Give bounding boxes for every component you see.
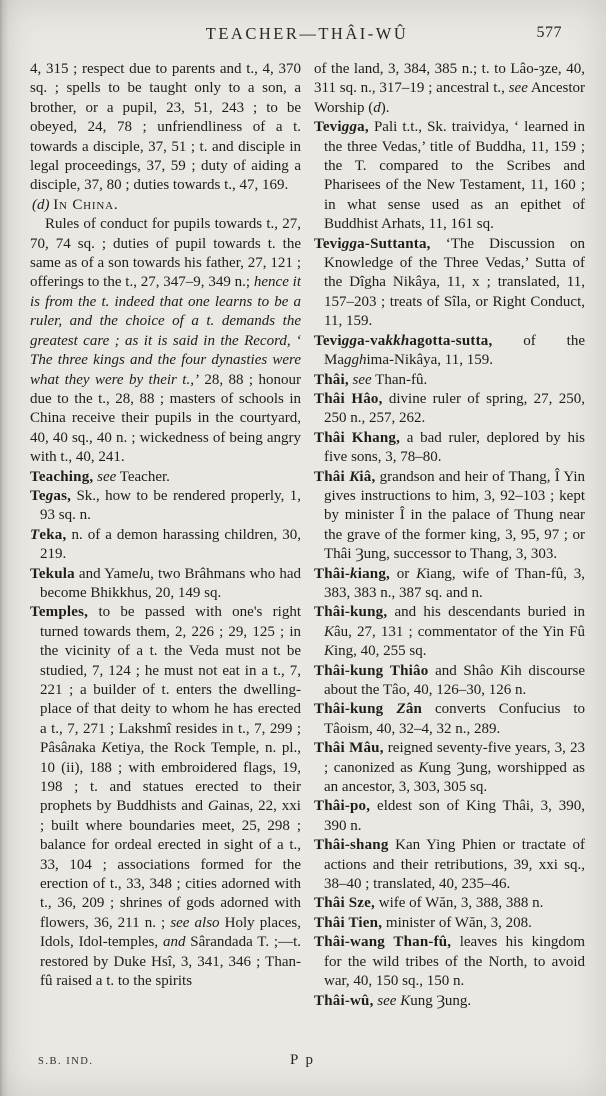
index-entry: Thâi, see Than-fû. [314,371,585,390]
running-title: TEACHER—THÂI-WÛ [30,24,584,44]
index-entry: Thâi-kung, and his descendants buried in… [314,603,585,661]
book-page: TEACHER—THÂI-WÛ 577 4, 315 ; respect due… [0,0,606,1096]
index-entry: Teaching, see Teacher. [30,468,301,487]
index-entry: Thâi-kung Zân converts Confucius to Tâoi… [314,700,585,739]
index-entry: Thâi-wang Than-fû, leaves his kingdom fo… [314,933,585,991]
index-entry: Thâi-kung Thiâo and Shâo Kih discourse a… [314,662,585,701]
press-mark: P p [290,1052,315,1069]
index-paragraph: 4, 315 ; respect due to parents and t., … [30,60,301,196]
index-paragraph: Rules of conduct for pupils towards t., … [30,215,301,467]
index-entry: Thâi-po, eldest son of King Thâi, 3, 390… [314,797,585,836]
left-column: 4, 315 ; respect due to parents and t., … [30,60,301,1038]
index-entry: Tevigga, Pali t.t., Sk. traividya, ‘ lea… [314,118,585,234]
index-entry: Teka, n. of a demon harassing children, … [30,526,301,565]
index-entry: Thâi Tien, minister of Wăn, 3, 208. [314,914,585,933]
index-entry: Thâi Kiâ, grandson and heir of Thang, Î … [314,468,585,565]
page-number: 577 [537,24,563,42]
signature-mark: S.B. IND. [38,1056,94,1067]
index-entry: Thâi Sze, wife of Wăn, 3, 388, 388 n. [314,894,585,913]
index-entry: Tevigga-vakkhagotta-sutta, of the Magghi… [314,332,585,371]
right-column: of the land, 3, 384, 385 n.; t. to Lâo-ȝ… [314,60,585,1038]
index-entry: Thâi-kiang, or Kiang, wife of Than-fû, 3… [314,565,585,604]
index-entry: Thâi Khang, a bad ruler, deplored by his… [314,429,585,468]
page-header: TEACHER—THÂI-WÛ 577 [30,24,584,48]
index-paragraph: of the land, 3, 384, 385 n.; t. to Lâo-ȝ… [314,60,585,118]
index-entry: Thâi Hâo, divine ruler of spring, 27, 25… [314,390,585,429]
index-entry: Tevigga-Suttanta, ‘The Discussion on Kno… [314,235,585,332]
section-heading: (d) In China. [30,196,301,215]
index-entry: Thâi Mâu, reigned seventy-five years, 3,… [314,739,585,797]
index-entry: Thâi-wû, see Kung Ȝung. [314,992,585,1011]
index-entry: Tekula and Yamelu, two Brâhmans who had … [30,565,301,604]
index-entry: Tegas, Sk., how to be rendered properly,… [30,487,301,526]
index-entry: Temples, to be passed with one's right t… [30,603,301,991]
text-columns: 4, 315 ; respect due to parents and t., … [30,60,585,1038]
index-entry: Thâi-shang Kan Ying Phien or tractate of… [314,836,585,894]
